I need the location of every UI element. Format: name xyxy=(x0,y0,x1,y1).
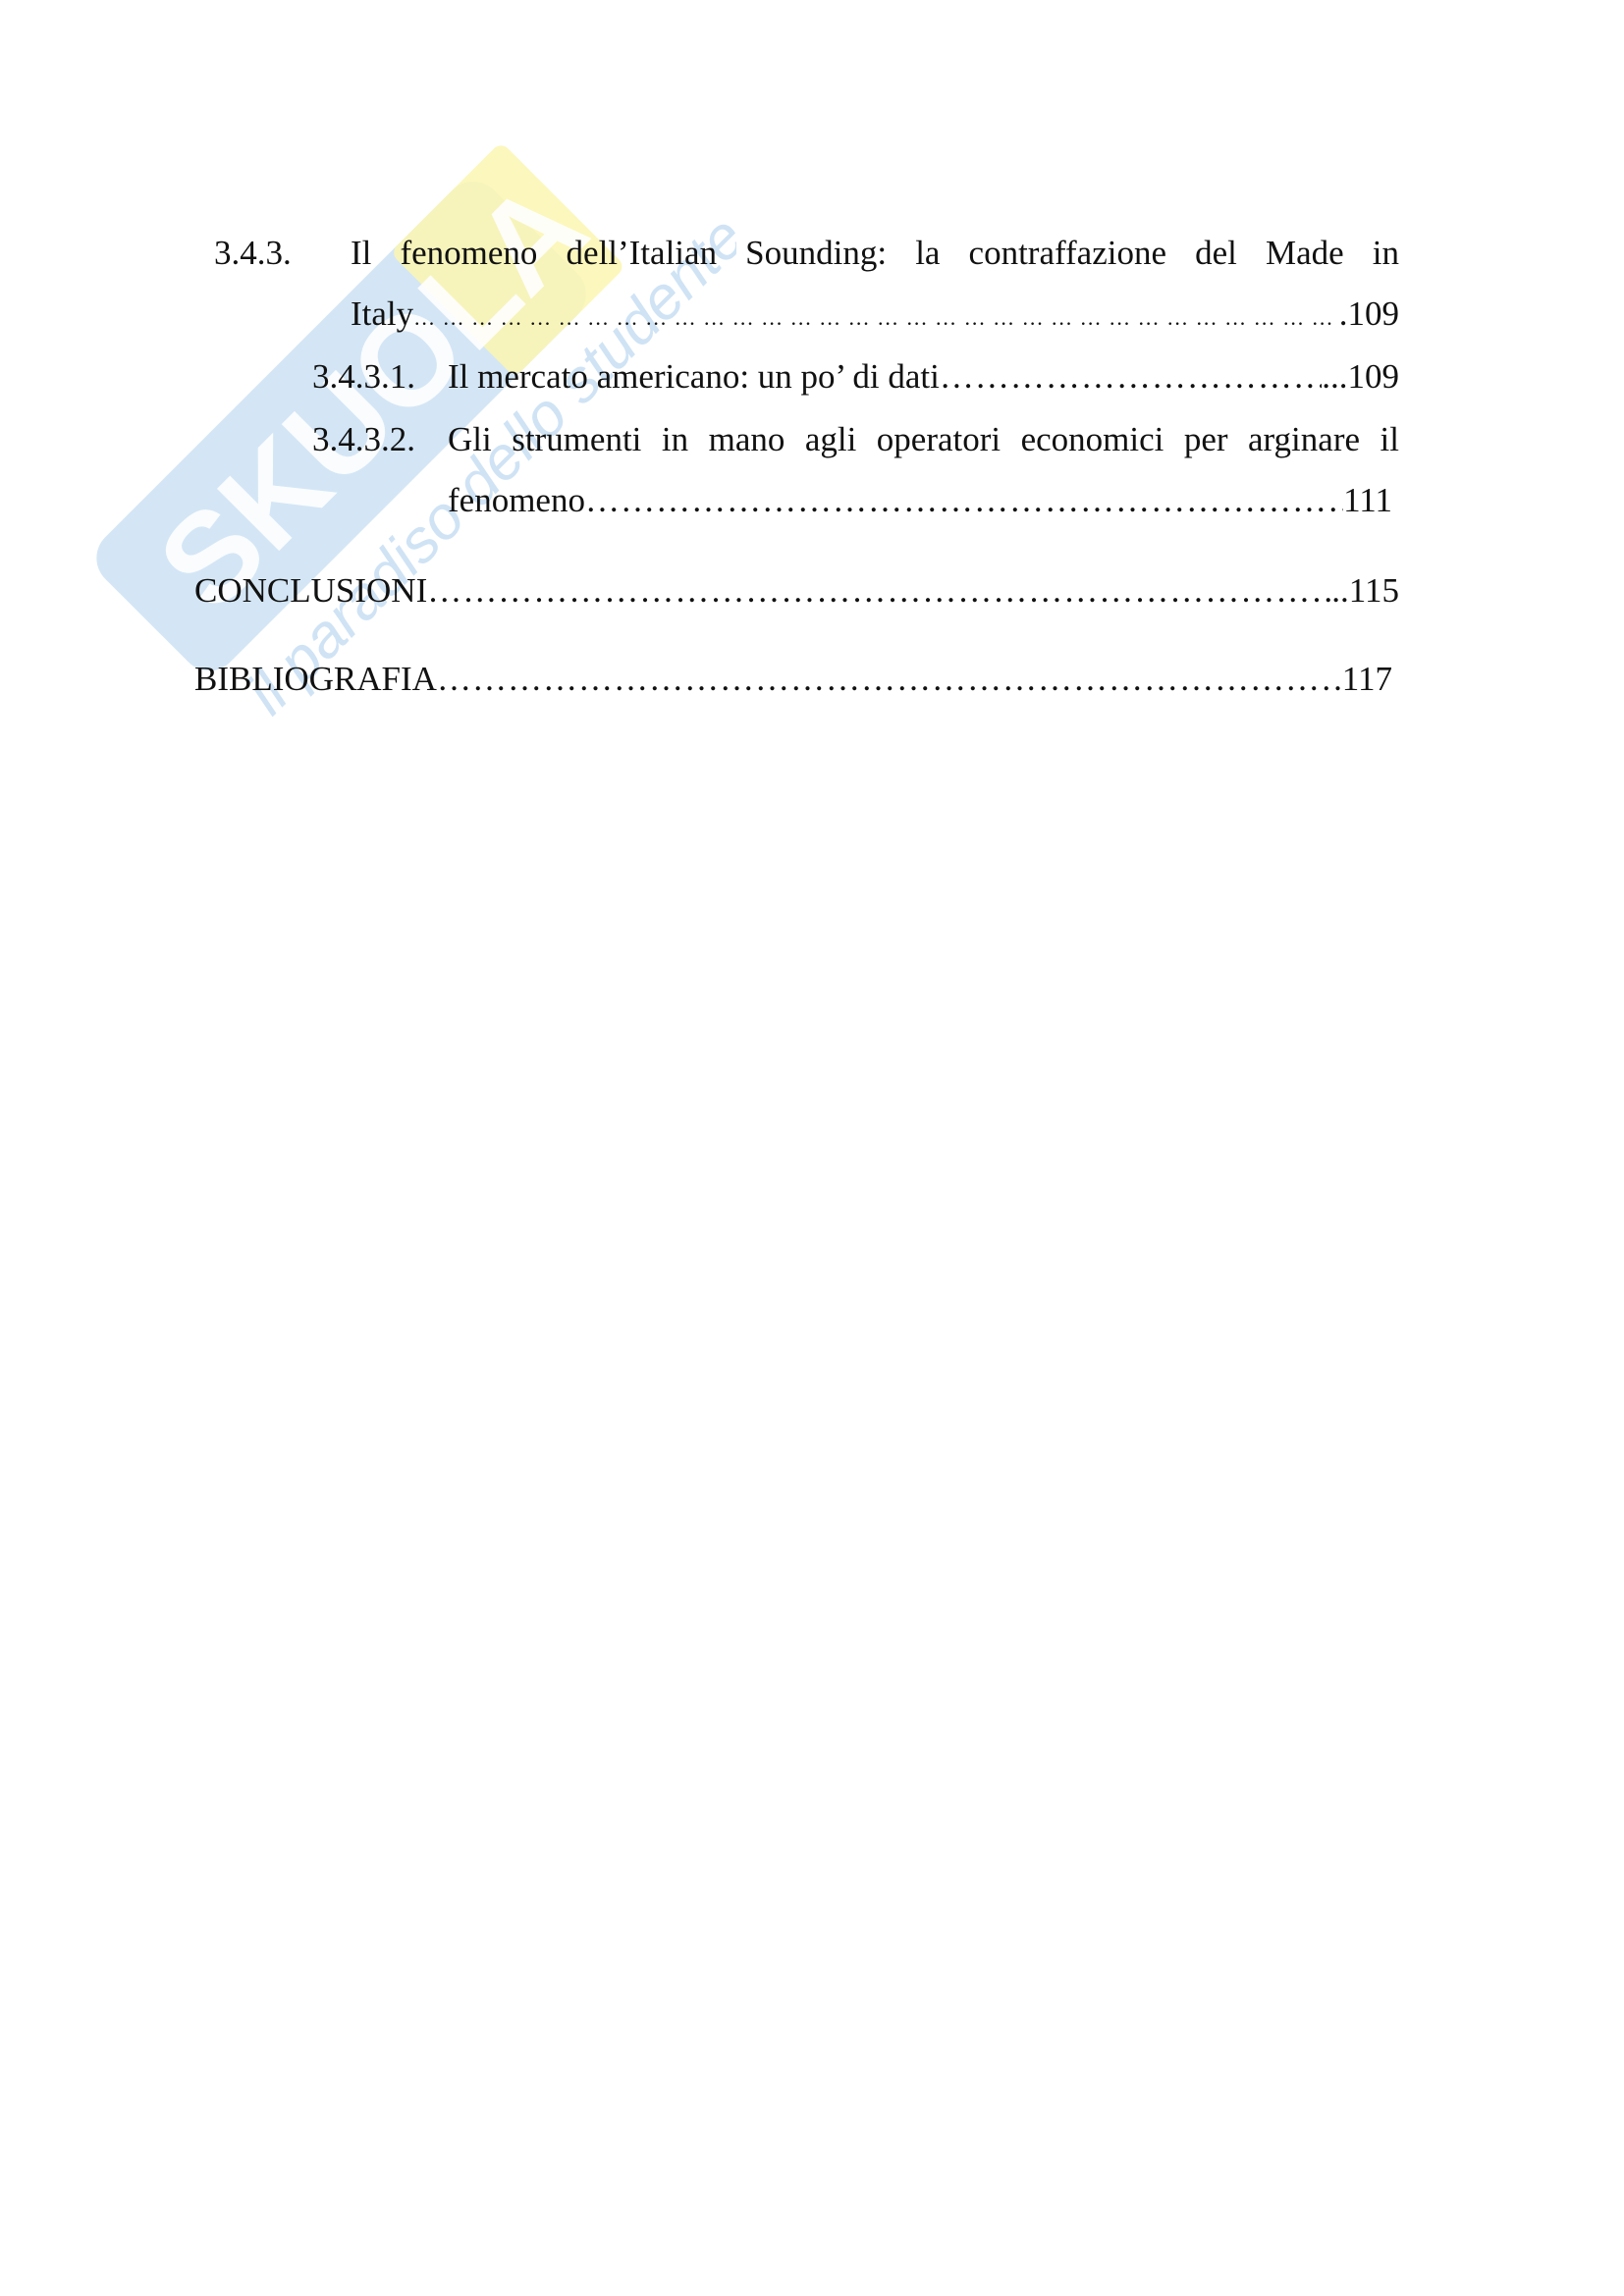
toc-title: Il mercato americano: un po’ di dati xyxy=(448,355,940,399)
toc-title: BIBLIOGRAFIA xyxy=(194,658,437,701)
toc-leader: …………………………………………………………………………………………………………… xyxy=(437,658,1342,701)
toc-title: Italy xyxy=(351,293,413,336)
word: Made xyxy=(1266,232,1344,275)
word: dell’Italian xyxy=(567,232,718,275)
word: Gli xyxy=(448,418,492,461)
word: Sounding: xyxy=(745,232,887,275)
watermark-tagline: il paradiso dello studente xyxy=(234,203,736,727)
toc-title-line: Il fenomeno dell’Italian Sounding: la co… xyxy=(351,232,1399,275)
toc-entry-3-4-3-2[interactable]: fenomeno …………………………………………………………………………………… xyxy=(448,479,1392,522)
toc-number: 3.4.3.2. xyxy=(312,418,415,461)
toc-page-number: 111 xyxy=(1343,479,1392,522)
word: economici xyxy=(1021,418,1164,461)
toc-number: 3.4.3.1. xyxy=(312,355,415,399)
toc-entry-bibliografia[interactable]: BIBLIOGRAFIA ………………………………………………………………………… xyxy=(194,658,1392,701)
toc-page-number: ...109 xyxy=(1322,355,1399,399)
toc-entry-3-4-3[interactable]: Italy … … … … … … … … … … … … … … … … … … xyxy=(351,293,1399,336)
word: del xyxy=(1195,232,1237,275)
word: per xyxy=(1184,418,1228,461)
word: fenomeno xyxy=(400,232,537,275)
toc-entry-3-4-3-1[interactable]: Il mercato americano: un po’ di dati ………… xyxy=(448,355,1399,399)
toc-title: fenomeno xyxy=(448,479,585,522)
word: in xyxy=(1373,232,1399,275)
toc-leader: ………………………………………………………………………………………………………… xyxy=(585,479,1343,522)
word: la xyxy=(915,232,940,275)
toc-entry-conclusioni[interactable]: CONCLUSIONI …………………………………………………………………………… xyxy=(194,569,1399,613)
toc-page-number: 117 xyxy=(1342,658,1392,701)
word: contraffazione xyxy=(969,232,1166,275)
toc-title: CONCLUSIONI xyxy=(194,569,427,613)
word: mano xyxy=(709,418,785,461)
word: agli xyxy=(805,418,856,461)
toc-page-number: .109 xyxy=(1339,293,1399,336)
word: operatori xyxy=(877,418,1001,461)
toc-leader: ……………………………………………… xyxy=(940,355,1322,399)
word: Il xyxy=(351,232,371,275)
toc-page-number: ..115 xyxy=(1331,569,1399,613)
watermark-brand: SKUOLA.net xyxy=(131,59,736,636)
toc-title-line: Gli strumenti in mano agli operatori eco… xyxy=(448,418,1399,461)
toc-leader: … … … … … … … … … … … … … … … … … … … … … xyxy=(413,296,1339,340)
word: arginare xyxy=(1248,418,1360,461)
word: strumenti xyxy=(512,418,641,461)
toc-number: 3.4.3. xyxy=(214,232,292,275)
word: il xyxy=(1380,418,1398,461)
word: in xyxy=(662,418,688,461)
toc-leader: …………………………………………………………………………………………………………… xyxy=(427,569,1331,613)
